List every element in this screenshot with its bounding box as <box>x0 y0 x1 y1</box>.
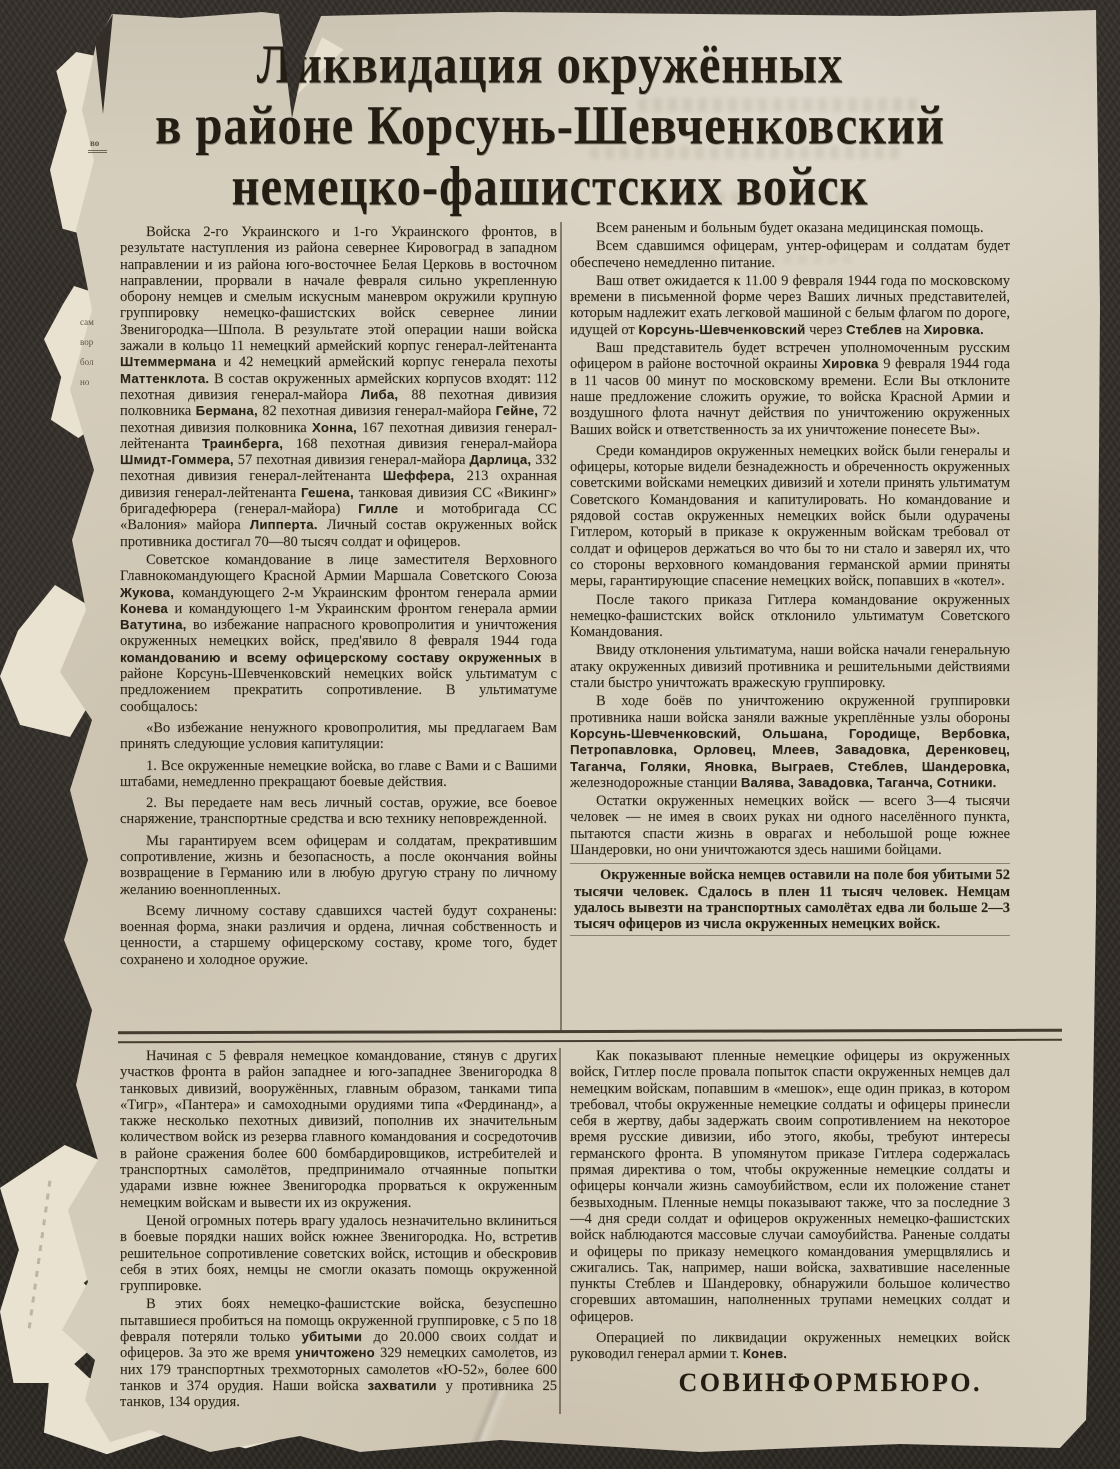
paragraph: Начиная с 5 февраля немецкое командовани… <box>120 1048 557 1211</box>
paragraph: Остатки окруженных немецких войск — всег… <box>570 793 1010 858</box>
edge-text-fragment: но <box>80 372 94 392</box>
paragraph: После такого приказа Гитлера командовани… <box>570 592 1010 641</box>
signature: СОВИНФОРМБЮРО. <box>570 1375 1010 1391</box>
paragraph: Ваш ответ ожидается к 11.00 9 февраля 19… <box>570 273 1010 338</box>
emphasis-text: Гейне, <box>496 403 538 418</box>
edge-text-fragment: во <box>88 138 107 153</box>
paragraph: Ввиду отклонения ультиматума, наши войск… <box>570 642 1010 691</box>
emphasis-text: Валява, Завадовка, Таганча, Сотники. <box>741 775 997 790</box>
edge-text-fragment: сам <box>80 312 94 332</box>
paragraph: Всем раненым и больным будет оказана мед… <box>570 220 1010 236</box>
paragraph: Войска 2-го Украинского и 1-го Украинско… <box>120 224 557 550</box>
emphasis-text: уничтожено <box>295 1345 375 1360</box>
column-divider <box>559 1048 561 1414</box>
edge-text-fragment: сам вор бол но <box>80 312 94 392</box>
paragraph: Советское командование в лице заместител… <box>120 552 557 715</box>
column-top-left: Войска 2-го Украинского и 1-го Украинско… <box>120 224 557 1034</box>
paragraph: Всему личному составу сдавшихся частей б… <box>120 903 557 968</box>
paragraph: Ваш представитель будет встречен уполном… <box>570 340 1010 438</box>
paragraph: Ценой огромных потерь врагу удалось незн… <box>120 1213 557 1294</box>
headline: Ликвидация окружённых в районе Корсунь-Ш… <box>100 34 1000 217</box>
emphasis-text: Корсунь-Шевченковский, Ольшана, Городище… <box>570 726 1010 774</box>
emphasis-text: Либа, <box>361 387 399 402</box>
emphasis-text: Хировка <box>822 356 878 371</box>
paragraph: В этих боях немецко-фашистские войска, б… <box>120 1296 557 1410</box>
column-top-right: Всем раненым и больным будет оказана мед… <box>570 220 1010 1034</box>
column-bottom-right: Как показывают пленные немецкие офицеры … <box>570 1048 1010 1391</box>
headline-line-3: немецко-фашистских войск <box>114 153 987 220</box>
emphasis-text: Хировка. <box>924 322 984 337</box>
emphasis-text: Липперта. <box>250 517 318 532</box>
emphasis-text: Гешена, <box>301 485 354 500</box>
paragraph: 1. Все окруженные немецкие войска, во гл… <box>120 758 557 791</box>
emphasis-text: убитыми <box>302 1329 363 1344</box>
emphasis-text: Гилле <box>358 501 398 516</box>
leather-background: Ликвидация окружённых в районе Корсунь-Ш… <box>0 0 1120 1469</box>
emphasis-text: Жукова, <box>120 585 174 600</box>
emphasis-text: Дарлица, <box>469 452 531 467</box>
paragraph: В ходе боёв по уничтожению окруженной гр… <box>570 693 1010 791</box>
emphasis-text: Шеффера, <box>383 468 454 483</box>
column-divider <box>560 222 562 1032</box>
section-divider-rule <box>118 1029 1062 1043</box>
emphasis-text: Шмидт-Гоммера, <box>120 452 234 467</box>
paragraph: Операцией по ликвидации окруженных немец… <box>570 1330 1010 1363</box>
paragraph: Среди командиров окруженных немецких вой… <box>570 443 1010 590</box>
paragraph: Окруженные войска немцев оставили на пол… <box>570 863 1010 936</box>
headline-line-2: в районе Корсунь-Шевченковский <box>114 92 987 159</box>
paragraph: Мы гарантируем всем офицерам и солдатам,… <box>120 833 557 898</box>
emphasis-text: Ватутина, <box>120 617 186 632</box>
emphasis-text: Стеблев <box>846 322 902 337</box>
newspaper-clipping: Ликвидация окружённых в районе Корсунь-Ш… <box>38 6 1104 1454</box>
emphasis-text: Бермана, <box>196 403 258 418</box>
emphasis-text: Маттенклота. <box>120 371 209 386</box>
emphasis-text: Конев. <box>743 1346 787 1361</box>
paragraph: Как показывают пленные немецкие офицеры … <box>570 1048 1010 1325</box>
emphasis-text: Хонна, <box>312 420 357 435</box>
emphasis-text: Траинберга, <box>202 436 283 451</box>
emphasis-text: Штеммермана <box>120 354 216 369</box>
column-bottom-left: Начиная с 5 февраля немецкое командовани… <box>120 1048 557 1430</box>
headline-line-1: Ликвидация окружённых <box>114 31 987 98</box>
emphasis-text: захватили <box>368 1378 437 1393</box>
emphasis-text: Конева <box>120 601 168 616</box>
emphasis-text: командованию и всему офицерскому составу… <box>120 650 541 665</box>
paragraph: 2. Вы передаете нам весь личный состав, … <box>120 795 557 828</box>
emphasis-text: Корсунь-Шевченковский <box>638 322 805 337</box>
paragraph: Всем сдавшимся офицерам, унтер-офицерам … <box>570 238 1010 271</box>
edge-text-fragment: бол <box>80 352 94 372</box>
paragraph: «Во избежание ненужного кровопролития, м… <box>120 720 557 753</box>
edge-text-fragment: вор <box>80 332 94 352</box>
